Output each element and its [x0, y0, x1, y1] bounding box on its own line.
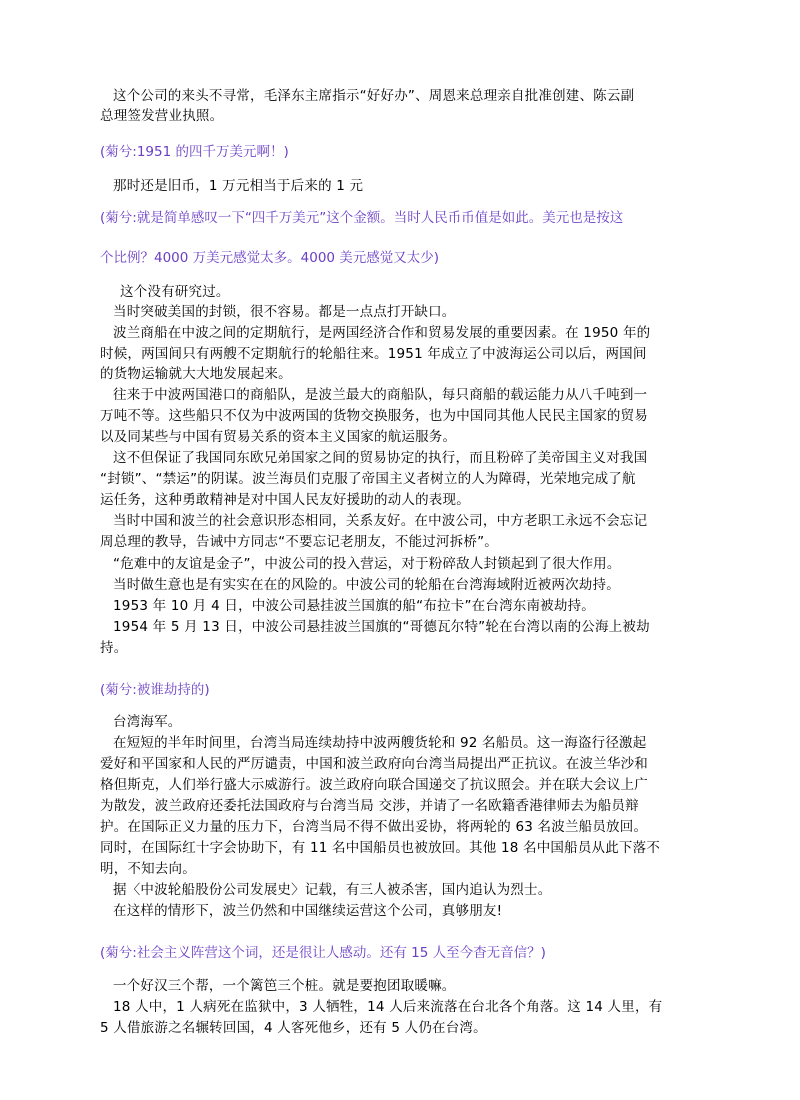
paragraph-line: 护。在国际正义力量的压力下，台湾当局不得不做出妥协，将两轮的 63 名波兰船员放…	[100, 817, 685, 837]
paragraph-line: 持。	[100, 638, 685, 658]
paragraph-line: 爱好和平国家和人民的严厉谴责，中国和波兰政府向台湾当局提出严正抗议。在波兰华沙和	[100, 754, 685, 774]
reader-comment: 个比例？4000 万美元感觉太多。4000 美元感觉又太少)	[100, 248, 700, 268]
paragraph-line: 5 人借旅游之名辗转回国，4 人客死他乡，还有 5 人仍在台湾。	[100, 1018, 685, 1038]
reader-comment: (菊兮:社会主义阵营这个词，还是很让人感动。还有 15 人至今杳无音信？)	[100, 943, 700, 963]
paragraph-line: 当时做生意也是有实实在在的风险的。中波公司的轮船在台湾海域附近被两次劫持。	[100, 575, 698, 595]
paragraph-line: 明，不知去向。	[100, 859, 685, 879]
paragraph-line: 时候，两国间只有两艘不定期航行的轮船往来。1951 年成立了中波海运公司以后，两…	[100, 344, 685, 364]
paragraph-line: 据〈中波轮船股份公司发展史〉记载，有三人被杀害，国内追认为烈士。	[100, 880, 698, 900]
paragraph-line: 波兰商船在中波之间的定期航行，是两国经济合作和贸易发展的重要因素。在 1950 …	[100, 323, 698, 343]
paragraph-line: 这个没有研究过。	[100, 282, 705, 302]
paragraph-line: 1953 年 10 月 4 日，中波公司悬挂波兰国旗的船“布拉卡”在台湾东南被劫…	[100, 596, 698, 616]
paragraph-line: 运任务，这种勇敢精神是对中国人民友好援助的动人的表现。	[100, 490, 685, 510]
paragraph-line: “危难中的友谊是金子”，中波公司的投入营运，对于粉碎敌人封锁起到了很大作用。	[100, 554, 698, 574]
reader-comment: (菊兮:被谁劫持的)	[100, 680, 700, 700]
reader-comment: (菊兮:1951 的四千万美元啊！)	[100, 142, 700, 162]
paragraph-line: 当时突破美国的封锁，很不容易。都是一点点打开缺口。	[100, 302, 698, 322]
paragraph-line: 格但斯克，人们举行盛大示威游行。波兰政府向联合国递交了抗议照会。并在联大会议上广	[100, 775, 685, 795]
paragraph-line: 为散发，波兰政府还委托法国政府与台湾当局 交涉，并请了一名欧籍香港律师去为船员辩	[100, 796, 685, 816]
paragraph-line: 18 人中，1 人病死在监狱中，3 人牺牲，14 人后来流落在台北各个角落。这 …	[100, 997, 698, 1017]
paragraph-line: 1954 年 5 月 13 日，中波公司悬挂波兰国旗的“哥德瓦尔特”轮在台湾以南…	[100, 617, 698, 637]
paragraph-line: 总理签发营业执照。	[100, 106, 685, 126]
paragraph-line: 万吨不等。这些船只不仅为中波两国的货物交换服务，也为中国同其他人民民主国家的贸易	[100, 406, 685, 426]
paragraph-line: 在短短的半年时间里，台湾当局连续劫持中波两艘货轮和 92 名船员。这一海盗行径激…	[100, 733, 698, 753]
paragraph-line: 当时中国和波兰的社会意识形态相同，关系友好。在中波公司，中方老职工永远不会忘记	[100, 511, 698, 531]
reader-comment: (菊兮:就是简单感叹一下“四千万美元”这个金额。当时人民币币值是如此。美元也是按…	[100, 208, 700, 228]
paragraph-line: 周总理的教导，告诫中方同志“不要忘记老朋友，不能过河拆桥”。	[100, 532, 685, 552]
paragraph-line: “封锁”、“禁运”的阴谋。波兰海员们克服了帝国主义者树立的人为障碍，光荣地完成了…	[100, 469, 685, 489]
paragraph-line: 往来于中波两国港口的商船队，是波兰最大的商船队，每只商船的载运能力从八千吨到一	[100, 385, 698, 405]
paragraph-line: 这个公司的来头不寻常，毛泽东主席指示“好好办”、周恩来总理亲自批准创建、陈云副	[100, 86, 698, 106]
paragraph-line: 在这样的情形下，波兰仍然和中国继续运营这个公司，真够朋友!	[100, 901, 698, 921]
paragraph-line: 一个好汉三个帮，一个篱笆三个桩。就是要抱团取暖嘛。	[100, 976, 698, 996]
paragraph-line: 以及同某些与中国有贸易关系的资本主义国家的航运服务。	[100, 427, 685, 447]
paragraph-line: 同时，在国际红十字会协助下，有 11 名中国船员也被放回。其他 18 名中国船员…	[100, 838, 685, 858]
paragraph-line: 台湾海军。	[100, 712, 698, 732]
paragraph-line: 那时还是旧币，1 万元相当于后来的 1 元	[100, 176, 698, 196]
paragraph-line: 这不但保证了我国同东欧兄弟国家之间的贸易协定的执行，而且粉碎了美帝国主义对我国	[100, 448, 698, 468]
paragraph-line: 的货物运输就大大地发展起来。	[100, 364, 685, 384]
